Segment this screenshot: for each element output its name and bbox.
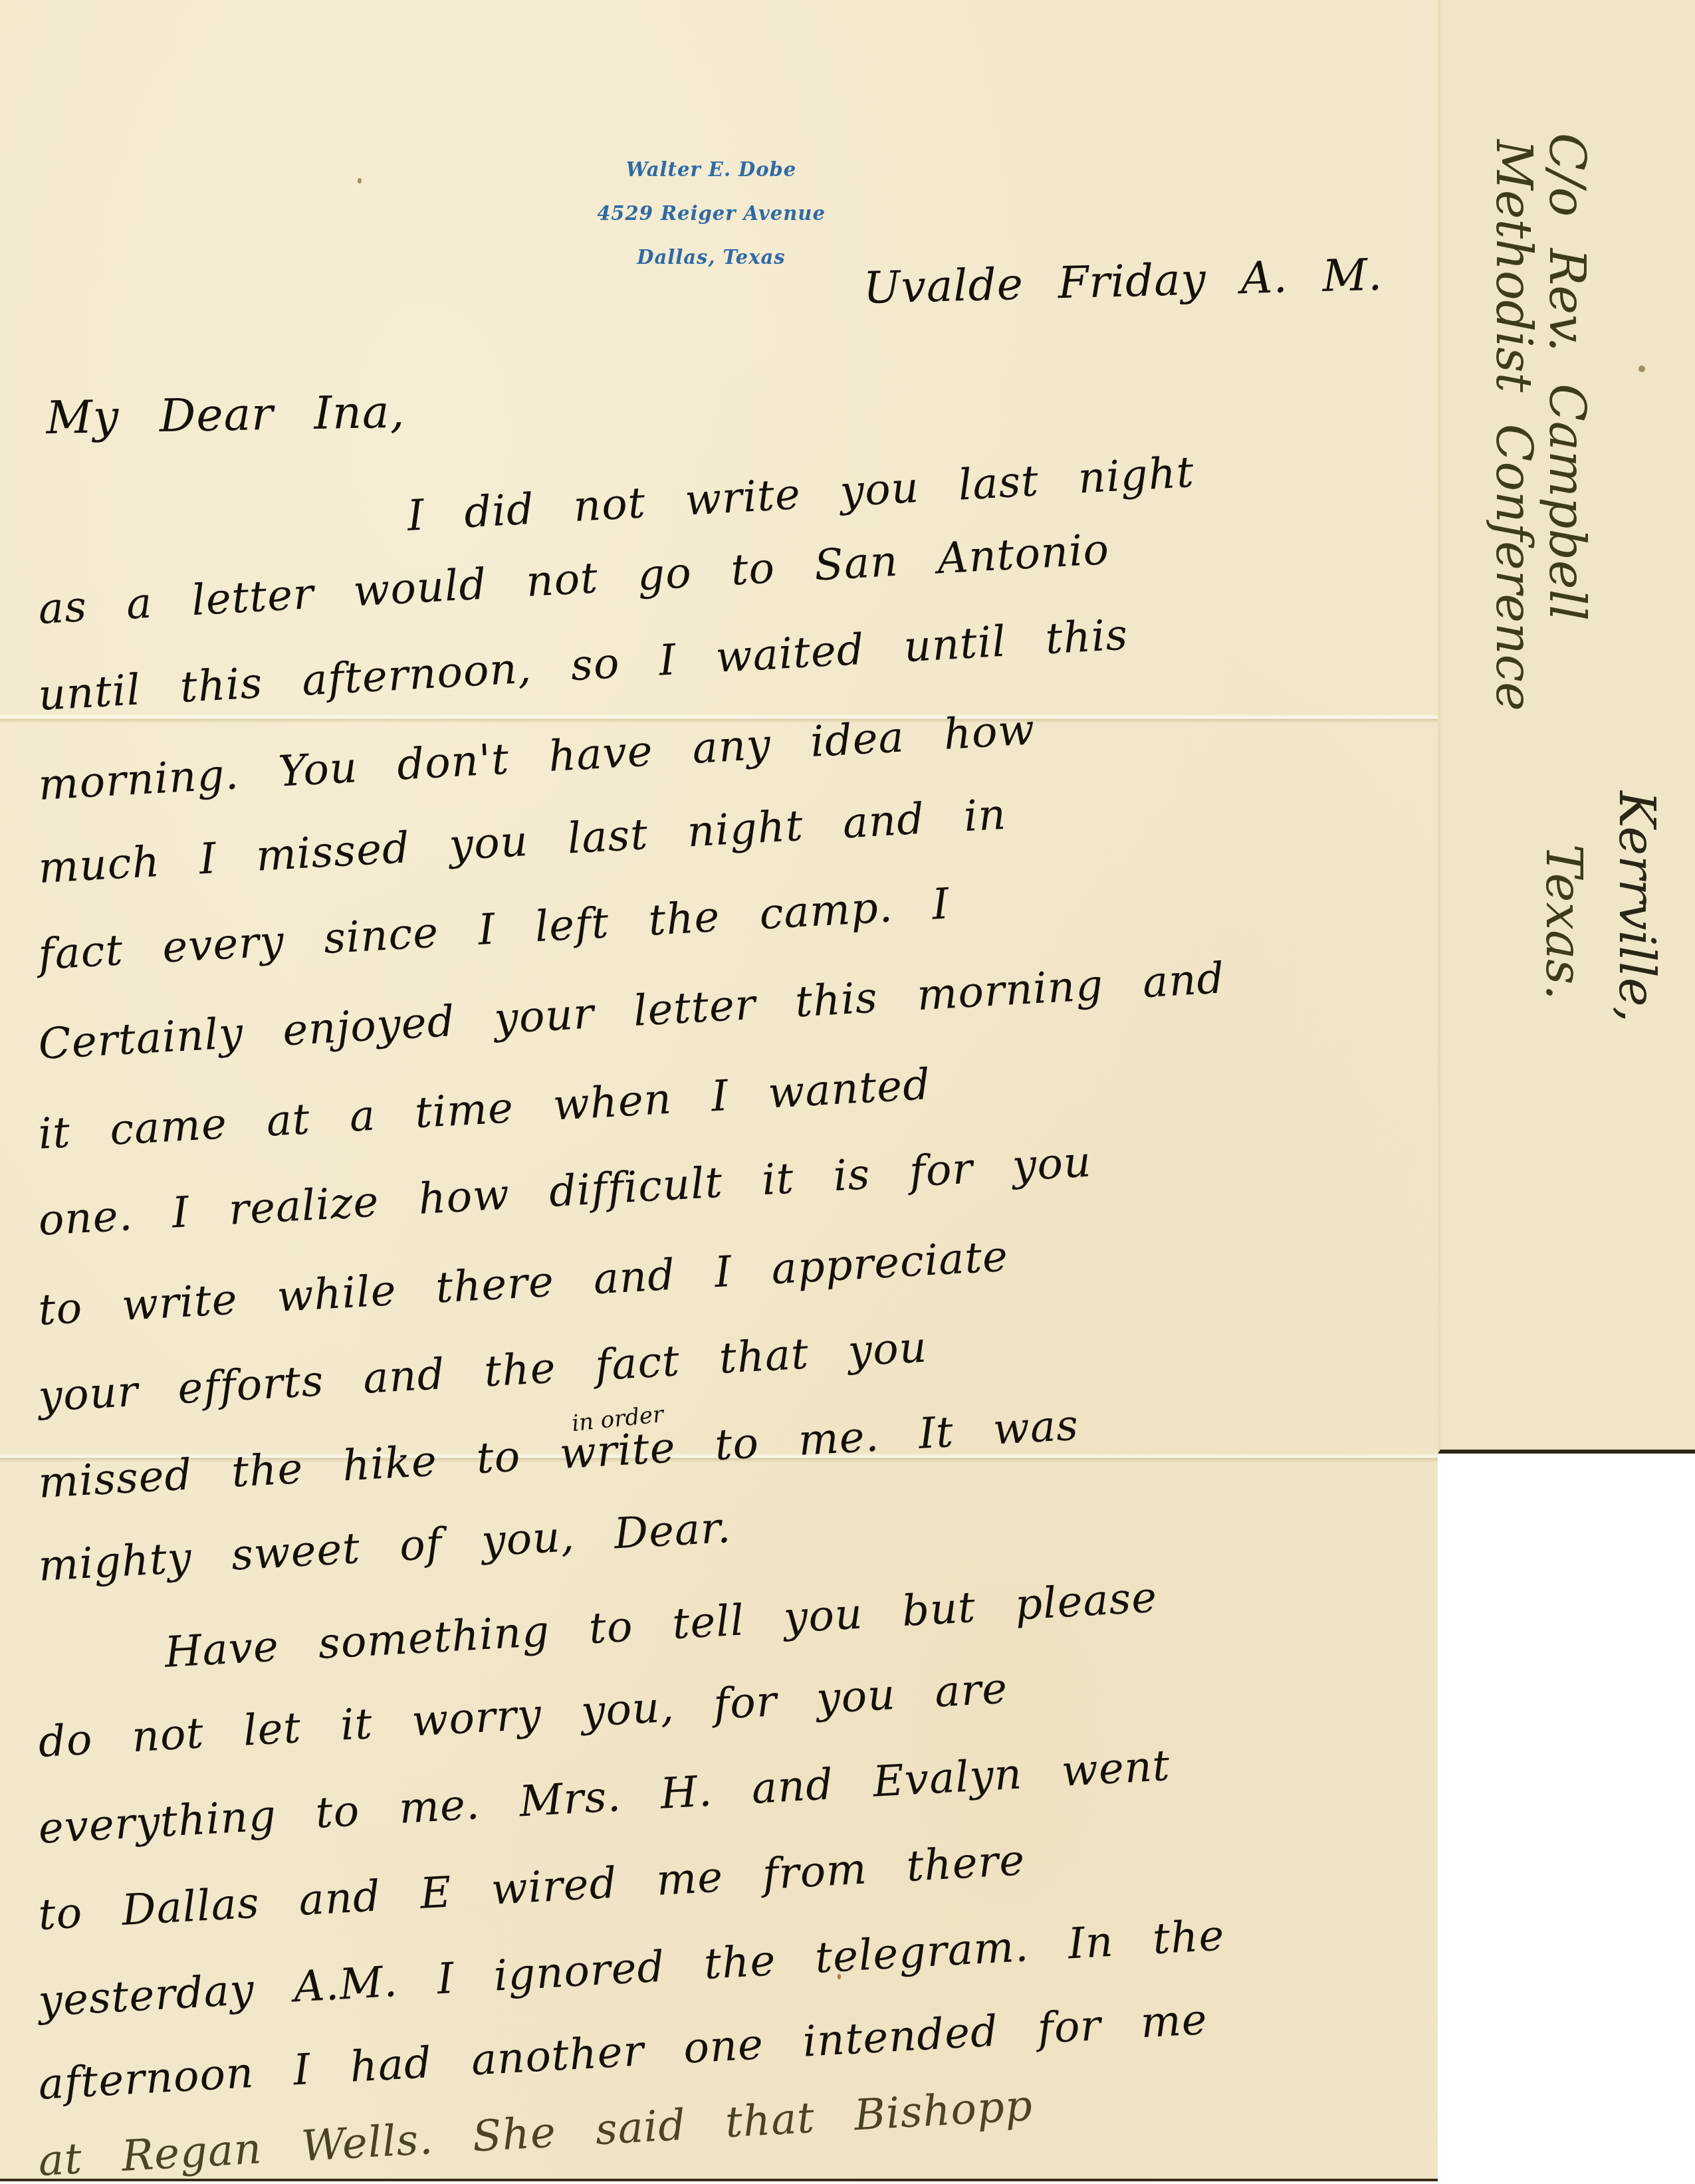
flap-address-line-2: Methodist Conference bbox=[1485, 140, 1542, 711]
flap-address-line-3: Kerrville, bbox=[1608, 791, 1665, 1022]
letterhead-street: 4529 Reiger Avenue bbox=[578, 191, 844, 235]
ink-speck bbox=[838, 1974, 841, 1979]
flap-address-line-1: C/o Rev. Campbell bbox=[1538, 133, 1595, 621]
letterhead-city: Dallas, Texas bbox=[578, 235, 844, 279]
greeting: My Dear Ina, bbox=[46, 386, 405, 445]
fold-crease-upper bbox=[0, 714, 1438, 723]
letterhead-name: Walter E. Dobe bbox=[578, 148, 844, 191]
ink-speck bbox=[358, 178, 362, 183]
letterhead: Walter E. Dobe 4529 Reiger Avenue Dallas… bbox=[578, 148, 844, 279]
ink-speck bbox=[1638, 366, 1645, 372]
flap-address-line-4: Texas. bbox=[1535, 844, 1592, 1000]
